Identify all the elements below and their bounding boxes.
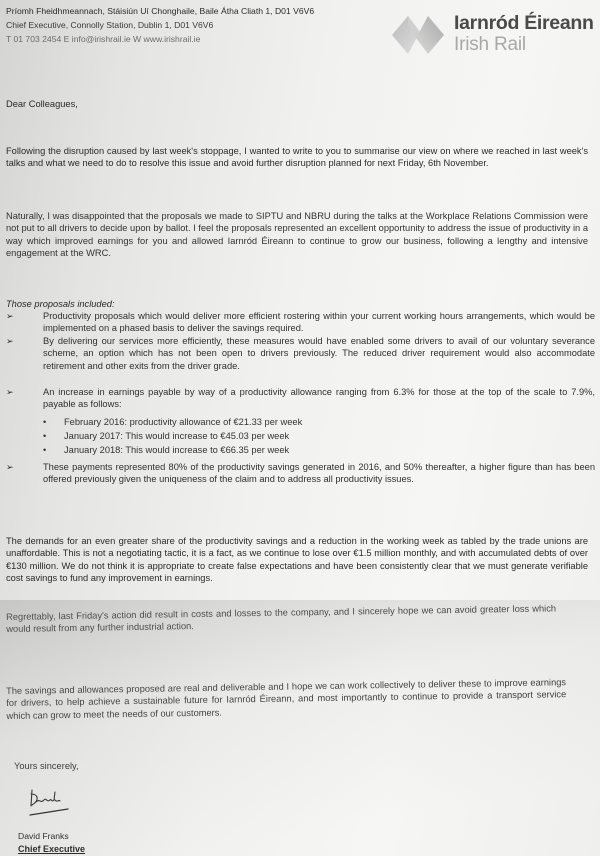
salutation: Dear Colleagues,: [6, 98, 78, 110]
payment-schedule-text: January 2018: This would increase to €66…: [64, 444, 289, 456]
proposals-intro: Those proposals included:: [6, 298, 115, 310]
paragraph-disruption: Following the disruption caused by last …: [6, 145, 588, 170]
handwritten-signature-icon: [24, 786, 80, 818]
signatory-title: Chief Executive: [18, 843, 85, 855]
signatory-name: David Franks: [18, 831, 69, 843]
letterhead-irish-address: Príomh Fheidhmeannach, Stáisiún Uí Chong…: [6, 4, 314, 18]
paragraph-disappointed: Naturally, I was disappointed that the p…: [6, 210, 588, 260]
arrow-bullet-icon: ➢: [6, 310, 36, 322]
irish-rail-logo: Iarnród Éireann Irish Rail: [388, 10, 600, 60]
letter-page: Príomh Fheidhmeannach, Stáisiún Uí Chong…: [0, 0, 600, 856]
paragraph-savings: The savings and allowances proposed are …: [6, 676, 567, 722]
logo-name-english: Irish Rail: [454, 34, 526, 56]
irish-rail-diamond-logo-icon: [390, 12, 446, 58]
letterhead-address: Príomh Fheidhmeannach, Stáisiún Uí Chong…: [6, 4, 314, 46]
proposal-text: By delivering our services more efficien…: [43, 335, 595, 372]
bullet-dot-icon: •: [43, 444, 46, 456]
logo-name-irish: Iarnród Éireann: [454, 12, 594, 35]
arrow-bullet-icon: ➢: [6, 335, 36, 347]
bullet-dot-icon: •: [43, 430, 46, 442]
proposal-text: An increase in earnings payable by way o…: [43, 386, 595, 411]
paragraph-regrettably: Regrettably, last Friday's action did re…: [6, 602, 556, 635]
paragraph-demands: The demands for an even greater share of…: [6, 535, 588, 585]
letterhead-contact: T 01 703 2454 E info@irishrail.ie W www.…: [6, 32, 314, 46]
proposal-text: Productivity proposals which would deliv…: [43, 310, 595, 335]
arrow-bullet-icon: ➢: [6, 461, 36, 473]
scan-shadow: [0, 600, 600, 856]
payment-schedule-text: January 2017: This would increase to €45…: [64, 430, 289, 442]
payment-schedule-text: February 2016: productivity allowance of…: [64, 416, 302, 428]
arrow-bullet-icon: ➢: [6, 386, 36, 398]
bullet-dot-icon: •: [43, 416, 46, 428]
closing: Yours sincerely,: [14, 760, 79, 772]
proposal-text: These payments represented 80% of the pr…: [43, 461, 595, 486]
letterhead-english-address: Chief Executive, Connolly Station, Dubli…: [6, 18, 314, 32]
